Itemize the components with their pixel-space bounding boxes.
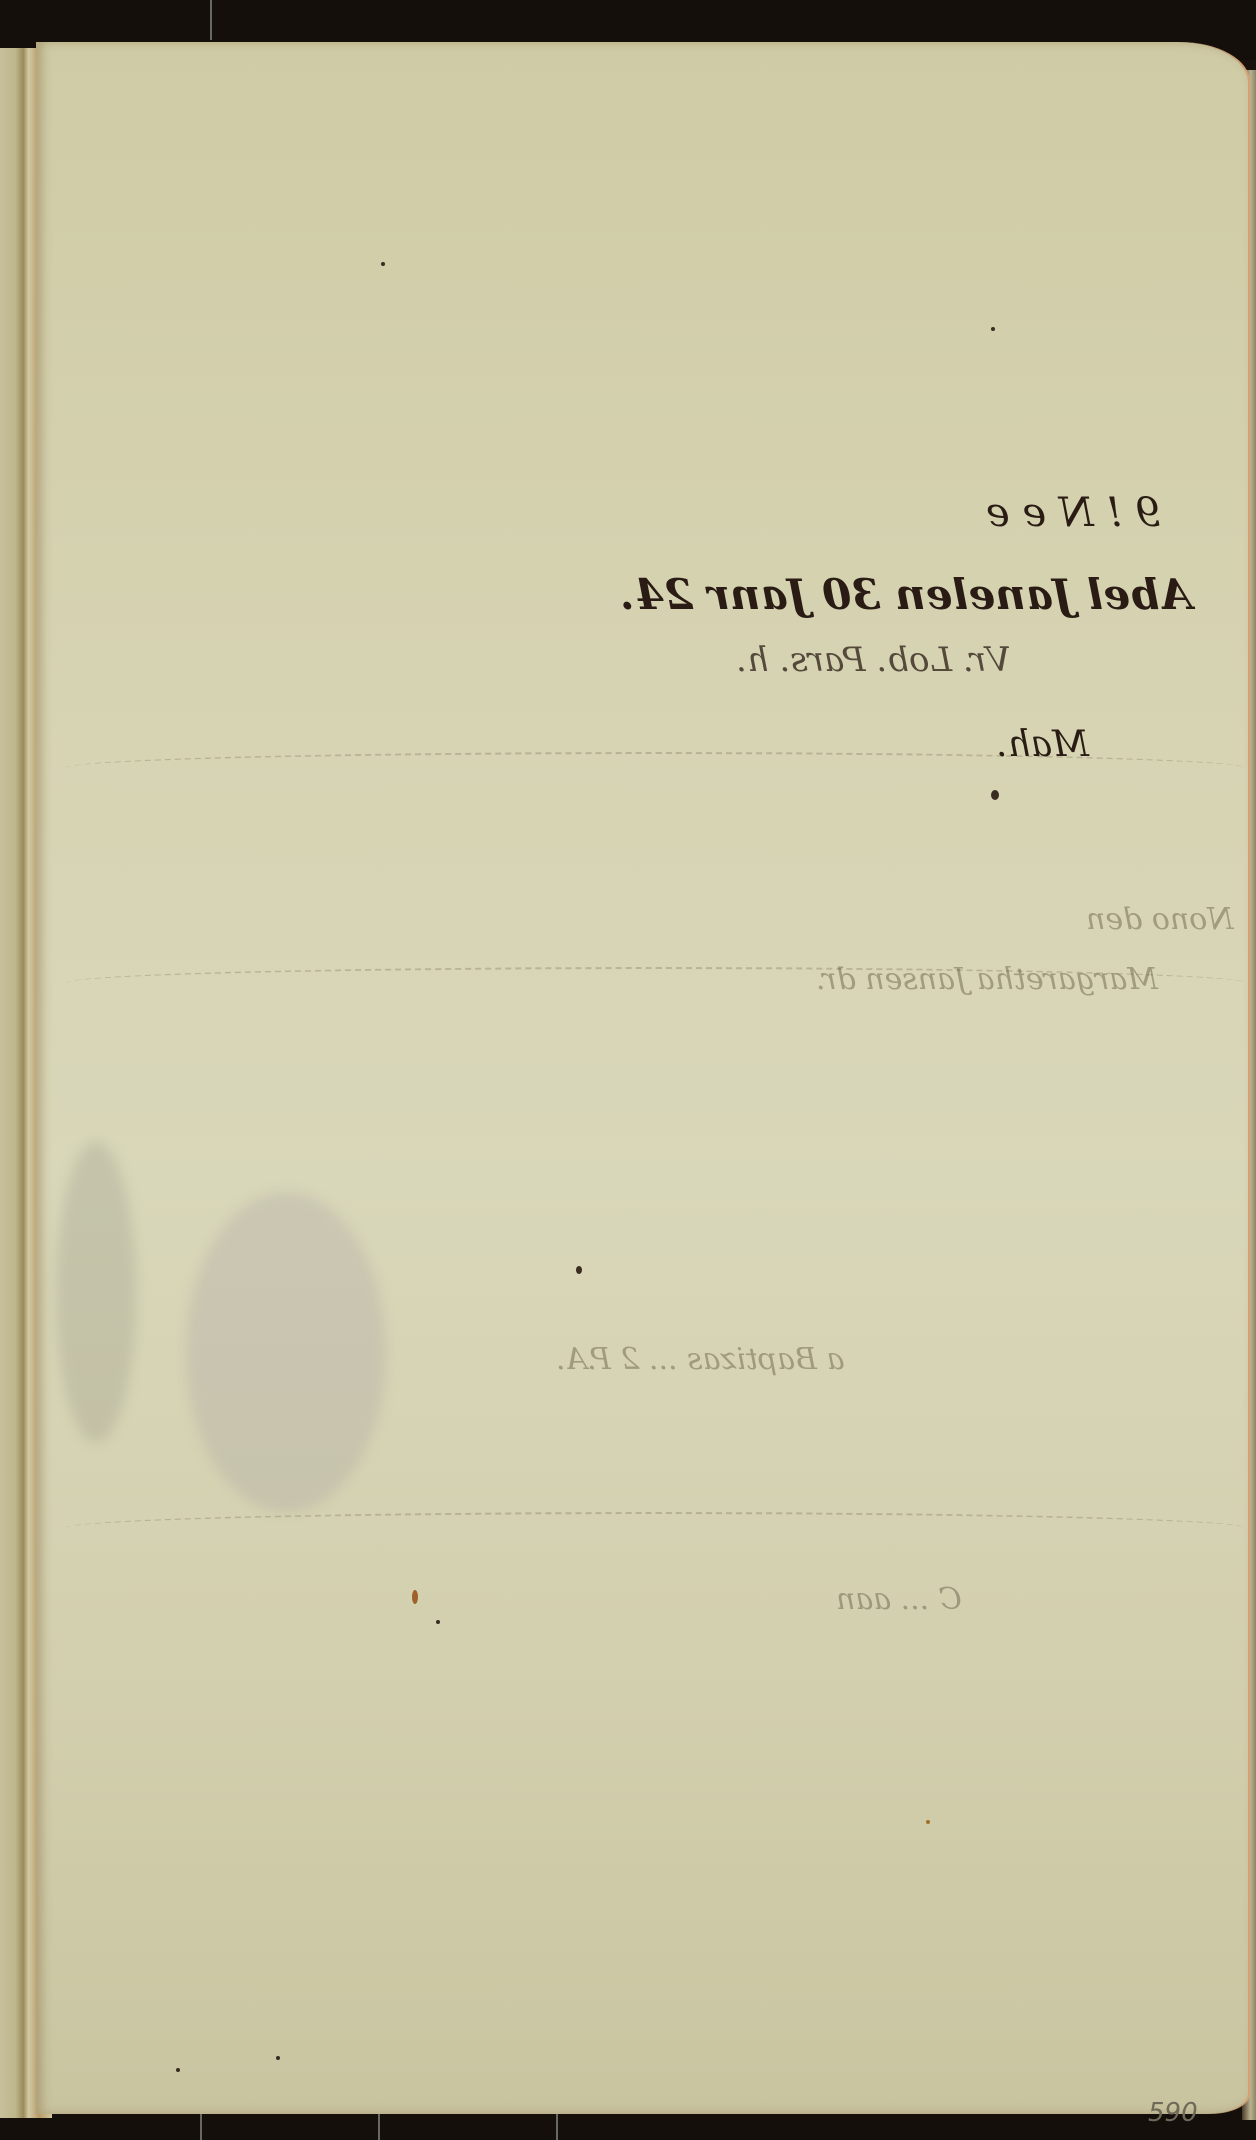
rust-spot [412, 1590, 418, 1604]
offset-text-line-4: Mah. [996, 724, 1089, 765]
bleedthrough-line-2: Margaretha Jansen dr. [816, 962, 1158, 997]
measuring-grid-tick [378, 2110, 380, 2140]
measuring-grid-tick [200, 2110, 202, 2140]
page-number: 590 [1148, 2098, 1198, 2128]
purple-smudge [186, 1192, 386, 1512]
ink-speck [176, 2068, 180, 2072]
water-stain [56, 1142, 136, 1442]
ink-speck [991, 327, 995, 331]
offset-text-line-2: Abel Janelen 30 Janr 24. [620, 570, 1192, 619]
offset-text-line-3: Vr. Lob. Pars. h. [736, 640, 1011, 680]
measuring-grid-tick [210, 0, 212, 40]
ink-speck [381, 262, 385, 266]
manuscript-page: 9 ! N e e Abel Janelen 30 Janr 24. Vr. L… [36, 42, 1248, 2114]
measuring-grid-tick [556, 2110, 558, 2140]
ink-speck [276, 2056, 280, 2060]
ink-speck [576, 1266, 582, 1274]
ink-speck [991, 790, 999, 800]
bleedthrough-rule [66, 1512, 1246, 1544]
bleedthrough-line-1: Nono den [1086, 902, 1234, 937]
bleedthrough-line-4: C ... aan [836, 1582, 962, 1617]
ink-speck [436, 1620, 440, 1624]
rust-spot [926, 1820, 930, 1824]
bleedthrough-line-3: a Baptizas ... 2 P.A. [556, 1342, 844, 1377]
offset-text-line-1: 9 ! N e e [986, 490, 1161, 536]
